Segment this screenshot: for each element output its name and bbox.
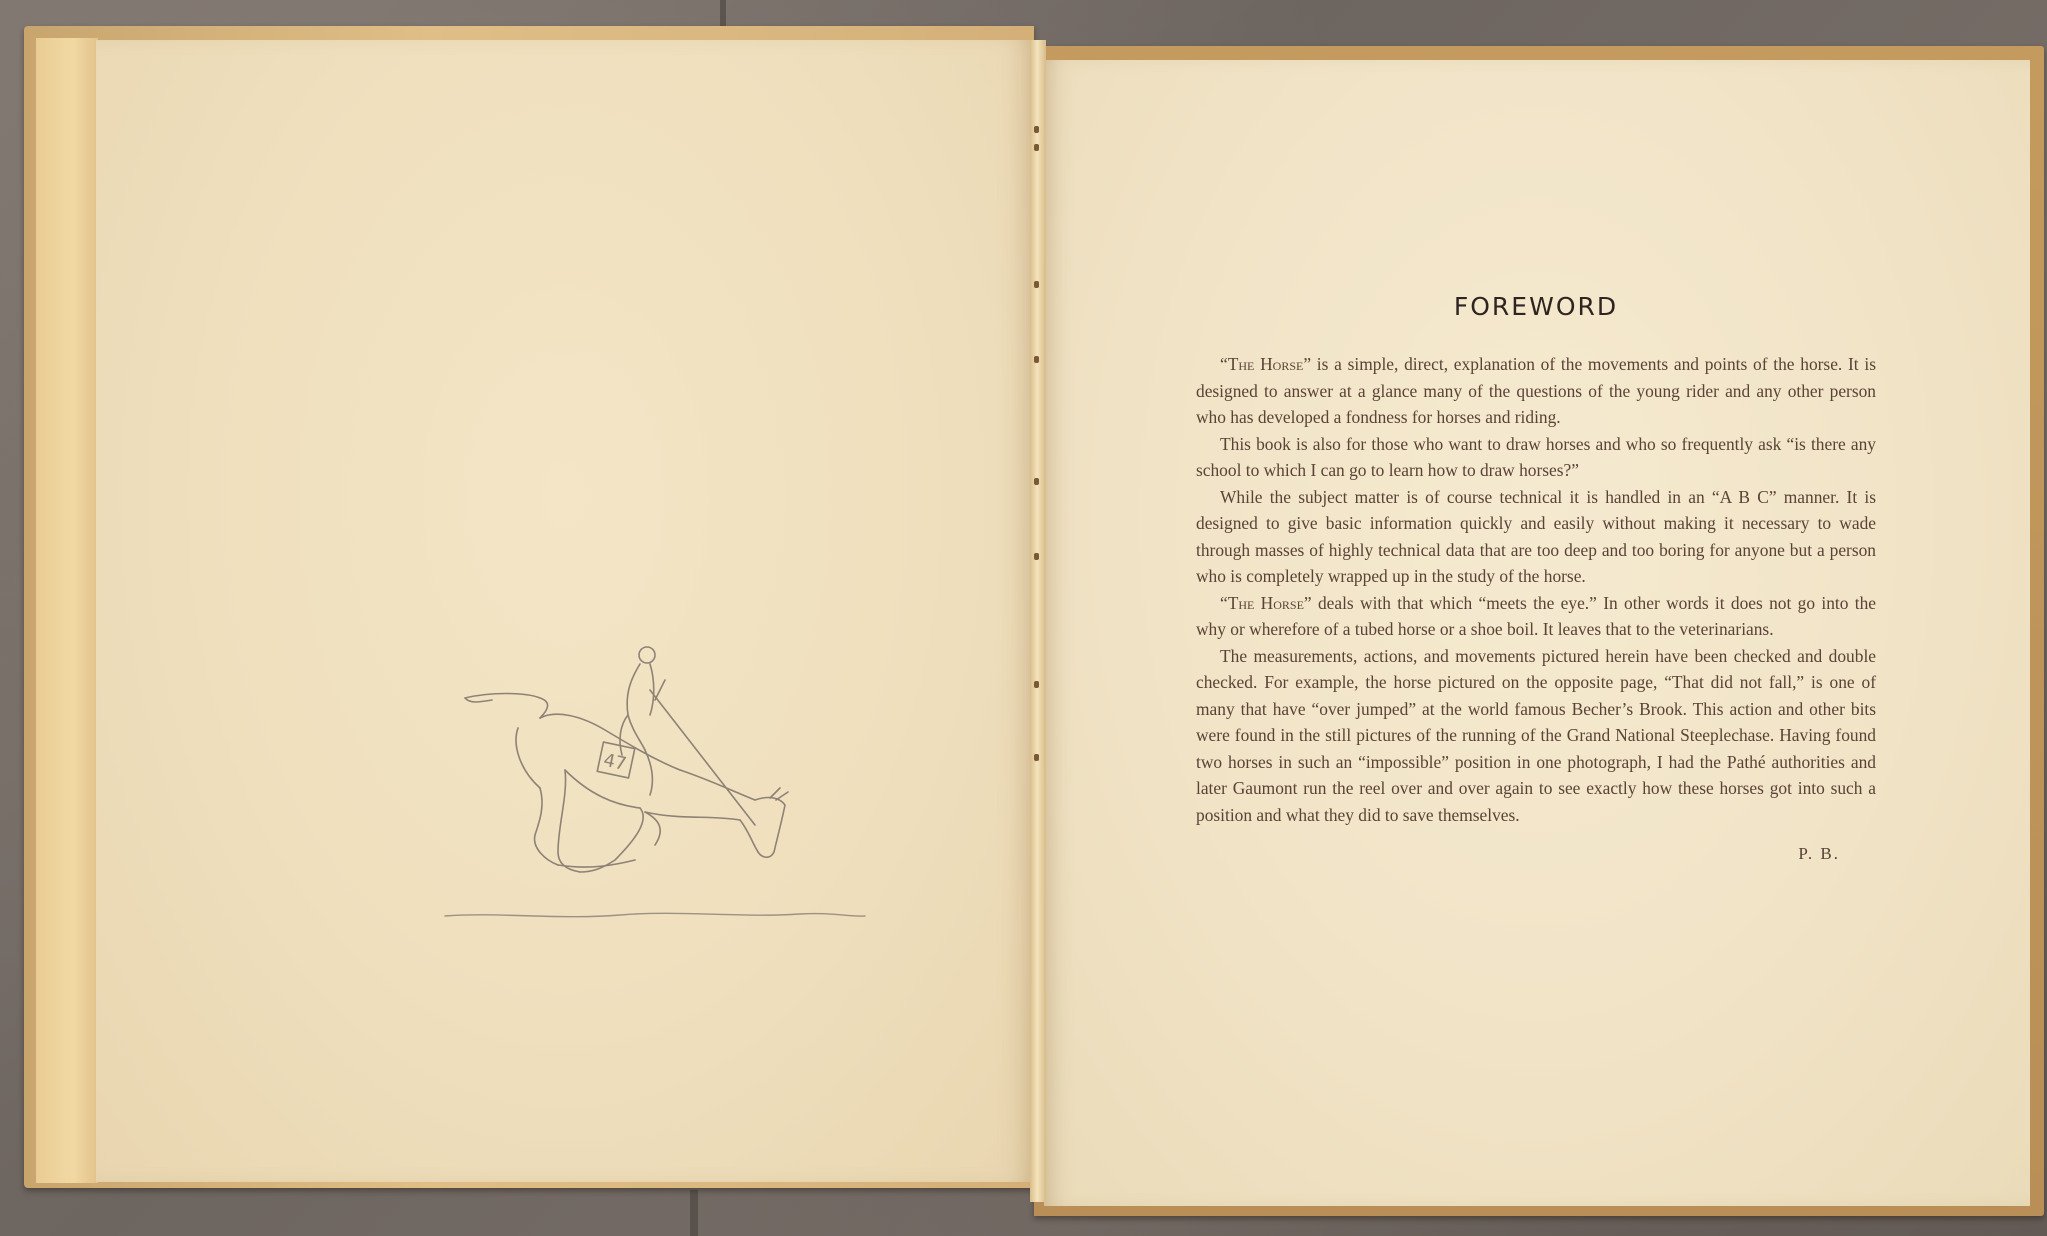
binding-stitch bbox=[1034, 754, 1039, 761]
binding-stitch bbox=[1034, 478, 1039, 485]
horse-rider-sketch: 47 bbox=[430, 620, 890, 940]
left-page bbox=[96, 40, 1034, 1182]
book-title-smallcaps: “The Horse” bbox=[1220, 593, 1312, 613]
author-initials: P. B. bbox=[1196, 844, 1876, 864]
foreword-paragraph: This book is also for those who want to … bbox=[1196, 431, 1876, 484]
paragraph-text: This book is also for those who want to … bbox=[1196, 434, 1876, 481]
binding-stitch bbox=[1034, 553, 1039, 560]
svg-text:47: 47 bbox=[602, 750, 629, 775]
binding-stitch bbox=[1034, 126, 1039, 133]
foreword-paragraph: “The Horse” is a simple, direct, explana… bbox=[1196, 351, 1876, 431]
book-gutter bbox=[1030, 40, 1046, 1202]
binding-stitch bbox=[1034, 681, 1039, 688]
foreword-paragraph: While the subject matter is of course te… bbox=[1196, 484, 1876, 590]
binding-stitch bbox=[1034, 281, 1039, 288]
floor-tile-seam bbox=[690, 1190, 698, 1236]
binding-stitch bbox=[1034, 356, 1039, 363]
binding-stitch bbox=[1034, 144, 1039, 151]
paragraph-text: While the subject matter is of course te… bbox=[1196, 487, 1876, 587]
book-title-smallcaps: “The Horse” bbox=[1220, 354, 1311, 374]
foreword-paragraph: “The Horse” deals with that which “meets… bbox=[1196, 590, 1876, 643]
foreword-section: FOREWORD “The Horse” is a simple, direct… bbox=[1196, 292, 1876, 864]
paragraph-text: The measurements, actions, and movements… bbox=[1196, 646, 1876, 825]
endpaper-strip bbox=[36, 38, 100, 1183]
page-title: FOREWORD bbox=[1196, 292, 1876, 321]
foreword-paragraph: The measurements, actions, and movements… bbox=[1196, 643, 1876, 829]
